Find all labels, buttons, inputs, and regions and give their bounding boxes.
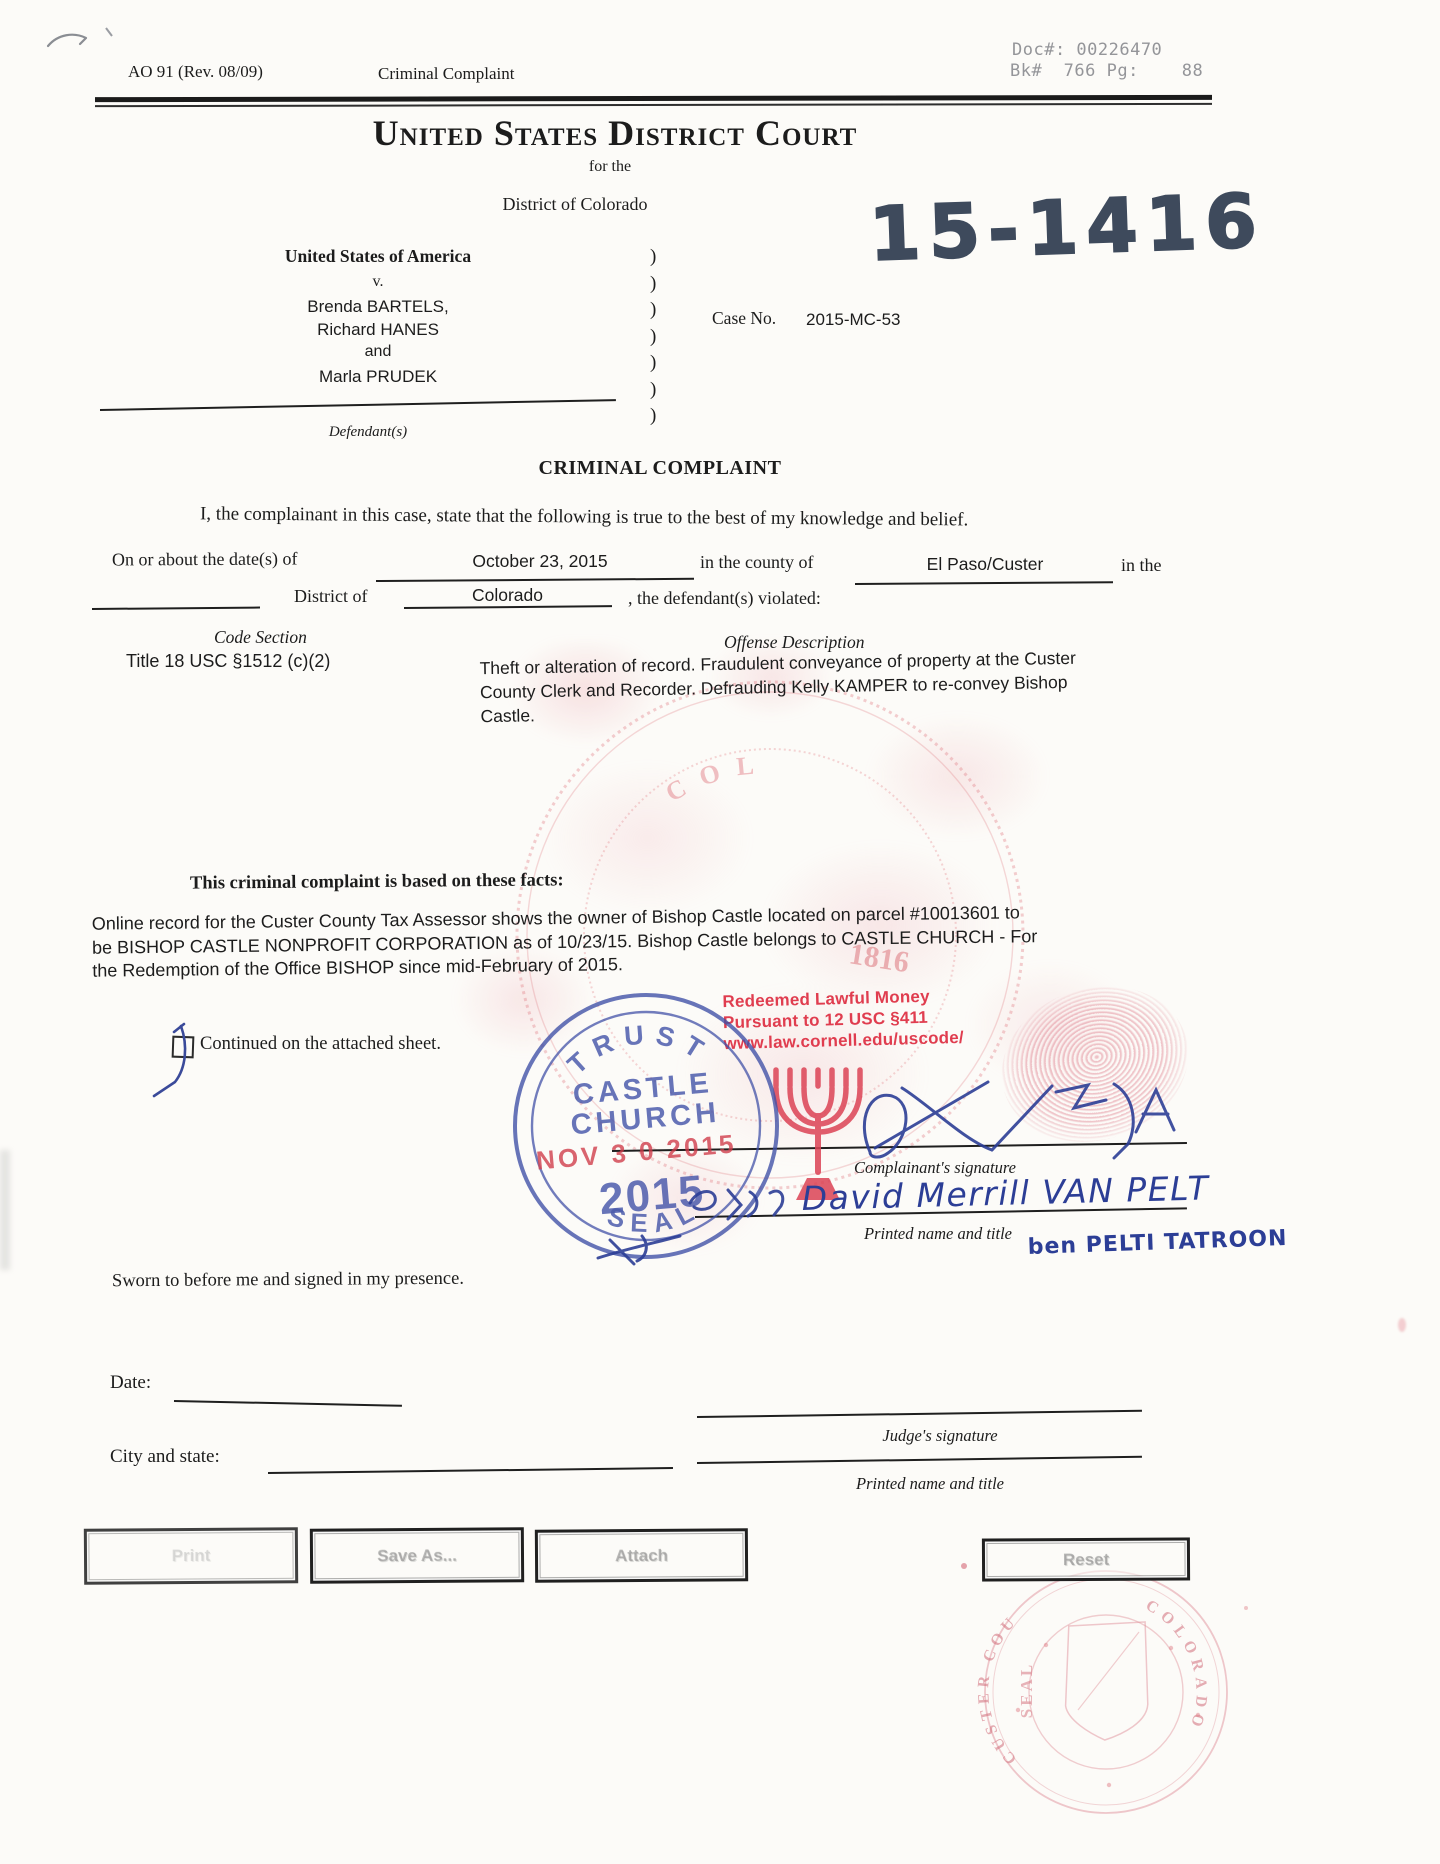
- county-underline: [855, 581, 1113, 585]
- pen-squiggle-mark: [40, 20, 120, 60]
- date-label: Date:: [110, 1372, 151, 1394]
- complaint-heading: CRIMINAL COMPLAINT: [410, 457, 910, 480]
- judge-signature-line: [697, 1410, 1142, 1418]
- code-section-value: Title 18 USC §1512 (c)(2): [126, 651, 330, 672]
- city-state-label: City and state:: [110, 1446, 220, 1468]
- judge-signature-label: Judge's signature: [845, 1426, 1035, 1446]
- handwritten-title-note: ben PELTI TATROON: [1027, 1226, 1287, 1260]
- in-the-label: in the: [1121, 555, 1162, 576]
- attach-button[interactable]: Attach: [535, 1528, 748, 1582]
- form-title-header: Criminal Complaint: [378, 64, 514, 84]
- sworn-statement: Sworn to before me and signed in my pres…: [112, 1269, 464, 1292]
- case-no-value: 2015-MC-53: [806, 310, 901, 330]
- print-button[interactable]: Print: [84, 1527, 298, 1584]
- defendant-name-2: Richard HANES: [128, 320, 628, 340]
- faint-arc-letters: COL: [661, 749, 771, 807]
- defendants-label: Defendant(s): [268, 424, 468, 441]
- handwriting-overlay: David Merrill VAN PELT ben PELTI TATROON: [540, 1040, 1240, 1280]
- form-reference: AO 91 (Rev. 08/09): [128, 62, 263, 82]
- versus: v.: [128, 273, 628, 291]
- right-edge-pink-dot: [1398, 1318, 1406, 1332]
- offense-date-value: October 23, 2015: [420, 551, 660, 572]
- district-label: District of: [294, 586, 368, 607]
- complaint-intro: I, the complainant in this case, state t…: [200, 503, 1120, 532]
- recorder-book-page: Bk# 766 Pg: 88: [1010, 61, 1203, 81]
- custer-county-seal-stamp: CUSTER COU COLORADO SEAL: [946, 1550, 1266, 1860]
- code-section-label: Code Section: [214, 627, 307, 648]
- left-edge-smudge: [0, 1150, 10, 1270]
- defendants-underline: [100, 399, 616, 411]
- caption-paren-column: ))))))): [650, 244, 656, 430]
- reset-button[interactable]: Reset: [982, 1537, 1190, 1581]
- facts-heading: This criminal complaint is based on thes…: [190, 870, 564, 894]
- plaintiff-name: United States of America: [128, 246, 628, 267]
- judge-printed-name-label: Printed name and title: [835, 1474, 1025, 1494]
- scanned-criminal-complaint-page: COL 1816 AO 91 (Rev. 08/09) Criminal Com…: [0, 0, 1440, 1864]
- continued-label: Continued on the attached sheet.: [200, 1034, 441, 1055]
- facts-text: Online record for the Custer County Tax …: [92, 899, 1193, 983]
- handwritten-case-number: 15-1416: [858, 168, 1248, 298]
- court-name: United States District Court: [165, 112, 1065, 154]
- defendant-name-1: Brenda BARTELS,: [128, 297, 628, 317]
- on-or-about-label: On or about the date(s) of: [112, 549, 298, 571]
- svg-text:COL: COL: [661, 749, 771, 807]
- header-rule-thin: [95, 103, 1212, 107]
- checkbox-pen-check: [148, 1016, 212, 1100]
- blank-district-underline: [92, 607, 260, 610]
- violated-label: , the defendant(s) violated:: [628, 588, 821, 609]
- county-seal-left-arc: CUSTER COU: [975, 1612, 1022, 1768]
- svg-text:15-1416: 15-1416: [868, 178, 1266, 278]
- save-as-button[interactable]: Save As...: [310, 1527, 524, 1583]
- handwritten-signature-name: David Merrill VAN PELT: [801, 1168, 1211, 1218]
- city-state-blank-line: [268, 1467, 673, 1474]
- recorder-doc-number: Doc#: 00226470: [1012, 40, 1162, 60]
- date-underline: [376, 578, 694, 582]
- county-label: in the county of: [700, 552, 813, 573]
- case-no-label: Case No.: [712, 308, 776, 329]
- offense-description-text: Theft or alteration of record. Fraudulen…: [479, 644, 1190, 728]
- svg-text:CUSTER COU: CUSTER COU: [975, 1612, 1022, 1768]
- district-value: Colorado: [420, 585, 595, 606]
- date-blank-line: [174, 1400, 402, 1407]
- defendant-name-4: Marla PRUDEK: [128, 367, 628, 387]
- county-value: El Paso/Custer: [890, 554, 1080, 575]
- defendant-name-3: and: [128, 343, 628, 361]
- judge-printed-name-line: [697, 1456, 1142, 1464]
- header-rule-thick: [95, 95, 1212, 102]
